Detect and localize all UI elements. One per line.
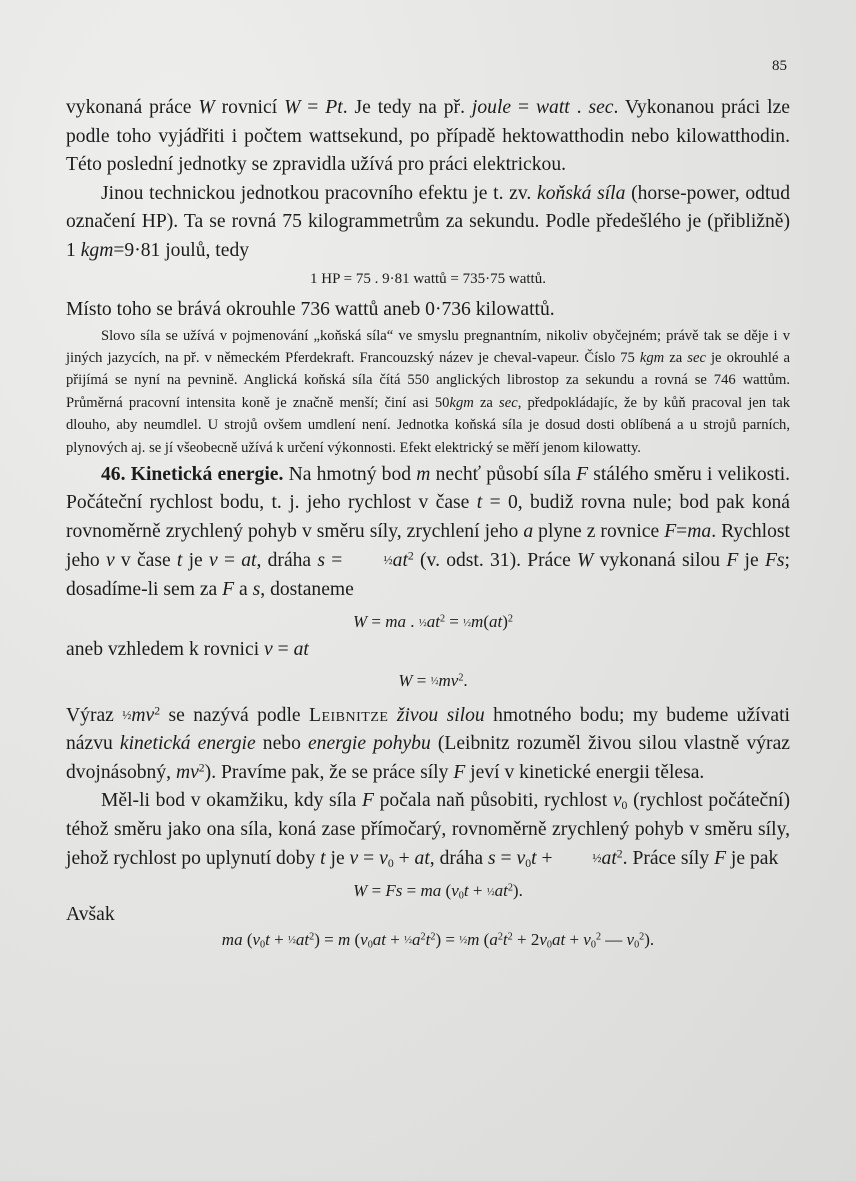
paragraph-however: Avšak	[66, 901, 790, 930]
equation-work-3: W = Fs = ma (v0t + ½at2).	[66, 881, 790, 901]
equation-hp: 1 HP = 75 . 9·81 wattů = 735·75 wattů.	[66, 271, 790, 288]
equation-work-4: ma (v0t + ½at2) = m (v0at + ½a2t2) = ½m …	[66, 930, 790, 950]
page-number: 85	[772, 58, 787, 75]
section-kinetic-energy: 46. Kinetická energie. Na hmotný bod m n…	[66, 461, 790, 604]
paragraph-horsepower: Jinou technickou jednotkou pracovního ef…	[66, 180, 790, 266]
page-body: vykonaná práce W rovnicí W = Pt. Je tedy…	[66, 94, 790, 950]
section-heading: 46. Kinetická energie.	[101, 464, 283, 485]
equation-work-1: W = ma . ½at2 = ½m(at)2	[66, 612, 790, 632]
paragraph-vis-viva: Výraz ½mv2 se nazývá podle Leibnitze živ…	[66, 701, 790, 787]
book-page: 85 vykonaná práce W rovnicí W = Pt. Je t…	[0, 0, 856, 1181]
paragraph-initial-velocity: Měl-li bod v okamžiku, kdy síla F počala…	[66, 787, 790, 873]
paragraph-work-units: vykonaná práce W rovnicí W = Pt. Je tedy…	[66, 94, 790, 180]
note-horsepower: Slovo síla se užívá v pojmenování „koňsk…	[66, 325, 790, 459]
paragraph-rounding: Místo toho se brává okrouhle 736 wattů a…	[66, 296, 790, 325]
equation-work-2: W = ½mv2.	[66, 671, 790, 691]
paragraph-substitution: aneb vzhledem k rovnici v = at	[66, 636, 790, 665]
